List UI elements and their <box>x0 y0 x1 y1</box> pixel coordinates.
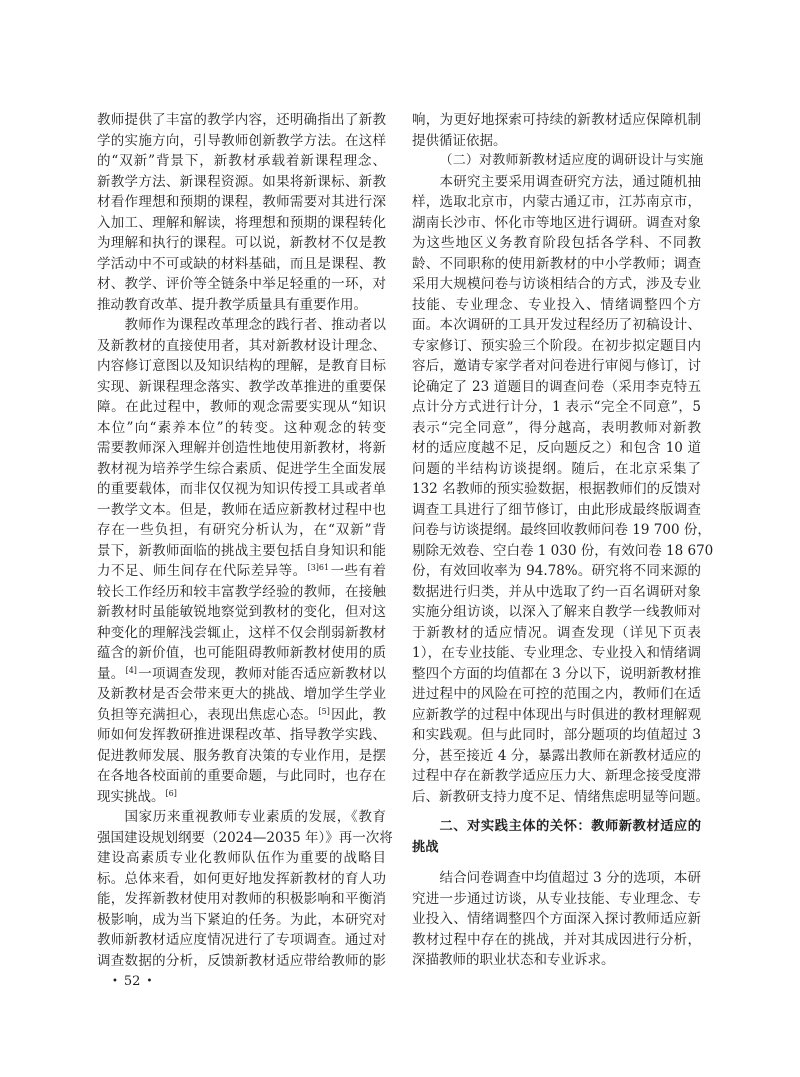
text-line: 及新教材是否会带来更大的挑战、增加学生学业 <box>97 684 386 705</box>
text-line: 132 名教师的预实验数据，根据教师们的反馈对 <box>412 479 701 500</box>
text-line: 响，为更好地探索可持续的新教材适应保障机制 <box>412 110 701 131</box>
citation-reference: [5] <box>319 707 330 716</box>
text-line: 一教学文本。但是，教师在适应新教材过程中也 <box>97 500 386 521</box>
text-line: 过程中存在新教学适应压力大、新理念接受度滞 <box>412 766 701 787</box>
text-line: 及新教材的直接使用者，其对新教材设计理念、 <box>97 336 386 357</box>
text-line: 能，发挥新教材使用对教师的积极影响和平衡消 <box>97 889 386 910</box>
page-number-bullet: • <box>112 972 118 992</box>
page-number: •52• <box>106 972 158 992</box>
text-line: 现实挑战。[6] <box>97 787 386 808</box>
text-line: 专家修订、预实验三个阶段。在初步拟定题目内 <box>412 336 701 357</box>
text-line: 后、新教研支持力度不足、情绪焦虑明显等问题。 <box>412 787 701 808</box>
text-line: 标。总体来看，如何更好地发挥新教材的育人功 <box>97 869 386 890</box>
text-line: 问题的半结构访谈提纲。随后，在北京采集了 <box>412 459 701 480</box>
text-line: 提供循证依据。 <box>412 131 701 152</box>
text-segment: 因此，教 <box>331 707 386 723</box>
text-line: 采用大规模问卷与访谈相结合的方式，涉及专业 <box>412 274 701 295</box>
text-line: 蕴含的新价值，也可能阻碍教师新教材使用的质 <box>97 643 386 664</box>
text-line: 新教学方法、新课程资源。如果将新课标、新教 <box>97 172 386 193</box>
text-line: 容后，邀请专家学者对问卷进行审阅与修订，讨 <box>412 356 701 377</box>
text-line: 教师提供了丰富的教学内容，还明确指出了新教 <box>97 110 386 131</box>
text-line: 师如何发挥教研推进课程改革、指导教学实践、 <box>97 725 386 746</box>
text-line: 本研究主要采用调查研究方法，通过随机抽 <box>412 172 701 193</box>
text-line: 强国建设规划纲要（2024—2035 年）》再一次将 <box>97 828 386 849</box>
text-line: 实施分组访谈，以深入了解来自教学一线教师对 <box>412 602 701 623</box>
text-line: 分，甚至接近 4 分，暴露出教师在新教材适应的 <box>412 746 701 767</box>
text-line: 促进教师发展、服务教育决策的专业作用，是摆 <box>97 746 386 767</box>
page-number-bullet: • <box>146 972 152 992</box>
citation-reference: [6] <box>166 789 177 798</box>
text-line: 面。本次调研的工具开发过程经历了初稿设计、 <box>412 315 701 336</box>
text-line: 需要教师深入理解并创造性地使用新教材，将新 <box>97 438 386 459</box>
text-segment: 现实挑战。 <box>97 789 165 805</box>
text-line: 深描教师的职业状态和专业诉求。 <box>412 950 701 971</box>
text-line: 实现、新课程理念落实、教学改革推进的重要保 <box>97 377 386 398</box>
text-line: 建设高素质专业化教师队伍作为重要的战略目 <box>97 848 386 869</box>
text-segment: 量。 <box>97 666 125 682</box>
paragraph-continued: 响，为更好地探索可持续的新教材适应保障机制 提供循证依据。 <box>412 110 701 151</box>
text-line: 学活动中不可或缺的材料基础，而且是课程、教 <box>97 254 386 275</box>
text-line: 究进一步通过访谈，从专业技能、专业理念、专 <box>412 889 701 910</box>
text-line: 种变化的理解浅尝辄止，这样不仅会削弱新教材 <box>97 623 386 644</box>
text-line: 论确定了 23 道题目的调查问卷（采用李克特五 <box>412 377 701 398</box>
text-line: 本位”向“素养本位”的转变。这种观念的转变 <box>97 418 386 439</box>
text-line: 内容修订意图以及知识结构的理解，是教育目标 <box>97 356 386 377</box>
text-segment: 力不足、师生间存在代际差异等。 <box>97 563 307 579</box>
text-line: 入加工、理解和解读，将理想和预期的课程转化 <box>97 213 386 234</box>
text-line: 在各地各校面前的重要命题，与此同时，也存在 <box>97 766 386 787</box>
text-line: 和实践观。但与此同时，部分题项的均值超过 3 <box>412 725 701 746</box>
text-line: 点计分方式进行计分，1 表示“完全不同意”，5 <box>412 397 701 418</box>
text-line: 1），在专业技能、专业理念、专业投入和情绪调 <box>412 643 701 664</box>
paragraph: 教师作为课程改革理念的践行者、推动者以 及新教材的直接使用者，其对新教材设计理念… <box>97 315 386 807</box>
text-line: 样，选取北京市，内蒙古通辽市，江苏南京市， <box>412 192 701 213</box>
text-line: 整四个方面的均值都在 3 分以下，说明新教材推 <box>412 664 701 685</box>
text-line: 极影响，成为当下紧迫的任务。为此，本研究对 <box>97 910 386 931</box>
text-line: 的“双新”背景下，新教材承载着新课程理念、 <box>97 151 386 172</box>
text-line: 教材过程中存在的挑战，并对其成因进行分析， <box>412 930 701 951</box>
text-line: 教师新教材适应度情况进行了专项调查。通过对 <box>97 930 386 951</box>
citation-reference: [3]61 <box>308 563 330 572</box>
subsection-heading: （二）对教师新教材适应度的调研设计与实施 <box>412 151 701 172</box>
text-line: 调查数据的分析，反馈新教材适应带给教师的影 <box>97 951 386 972</box>
paragraph: 国家历来重视教师专业素质的发展，《教育 强国建设规划纲要（2024—2035 年… <box>97 807 386 971</box>
text-line: 学的实施方向，引导教师创新教学方法。在这样 <box>97 131 386 152</box>
paragraph: 本研究主要采用调查研究方法，通过随机抽 样，选取北京市，内蒙古通辽市，江苏南京市… <box>412 172 701 808</box>
text-line: 材、教学、评价等全链条中举足轻重的一环，对 <box>97 274 386 295</box>
text-line: 问卷与访谈提纲。最终回收教师问卷 19 700 份， <box>412 520 701 541</box>
text-line: 国家历来重视教师专业素质的发展，《教育 <box>97 807 386 828</box>
text-line: 表示“完全同意”，得分越高，表明教师对新教 <box>412 418 701 439</box>
section-heading: 二、对实践主体的关怀：教师新教材适应的 挑战 <box>412 817 701 858</box>
left-column: 教师提供了丰富的教学内容，还明确指出了新教 学的实施方向，引导教师创新教学方法。… <box>97 110 386 971</box>
text-line: 材的适应度越不足，反向题反之）和包含 10 道 <box>412 438 701 459</box>
right-column: 响，为更好地探索可持续的新教材适应保障机制 提供循证依据。 （二）对教师新教材适… <box>412 110 701 971</box>
citation-reference: [4] <box>126 666 137 675</box>
text-line: 量。[4]一项调查发现，教师对能否适应新教材以 <box>97 664 386 685</box>
section-heading-line: 挑战 <box>412 838 701 859</box>
text-line: 材看作理想和预期的课程，教师需要对其进行深 <box>97 192 386 213</box>
text-line: 技能、专业理念、专业投入、情绪调整四个方 <box>412 295 701 316</box>
text-line: 较长工作经历和较丰富教学经验的教师，在接触 <box>97 582 386 603</box>
text-line: 教师作为课程改革理念的践行者、推动者以 <box>97 315 386 336</box>
journal-page: 教师提供了丰富的教学内容，还明确指出了新教 学的实施方向，引导教师创新教学方法。… <box>0 0 800 1077</box>
text-line: 景下，新教师面临的挑战主要包括自身知识和能 <box>97 541 386 562</box>
paragraph: 结合问卷调查中均值超过 3 分的选项，本研 究进一步通过访谈，从专业技能、专业理… <box>412 868 701 971</box>
text-line: 的重要载体，而非仅仅视为知识传授工具或者单 <box>97 479 386 500</box>
text-line: 湖南长沙市、怀化市等地区进行调研。调查对象 <box>412 213 701 234</box>
text-line: 调查工具进行了细节修订，由此形成最终版调查 <box>412 500 701 521</box>
page-number-value: 52 <box>124 972 141 992</box>
text-line: 推动教育改革、提升教学质量具有重要作用。 <box>97 295 386 316</box>
text-line: 数据进行归类，并从中选取了约一百名调研对象 <box>412 582 701 603</box>
text-line: 应新教学的过程中体现出与时俱进的教材理解观 <box>412 705 701 726</box>
section-heading-line: 二、对实践主体的关怀：教师新教材适应的 <box>412 817 701 838</box>
text-line: 新教材时虽能敏锐地察觉到教材的变化，但对这 <box>97 602 386 623</box>
text-segment: 一些有着 <box>330 563 386 579</box>
text-line: 障。在此过程中，教师的观念需要实现从“知识 <box>97 397 386 418</box>
text-line: 为理解和执行的课程。可以说，新教材不仅是教 <box>97 233 386 254</box>
text-line: 龄、不同职称的使用新教材的中小学教师；调查 <box>412 254 701 275</box>
text-line: 结合问卷调查中均值超过 3 分的选项，本研 <box>412 868 701 889</box>
text-segment: 一项调查发现，教师对能否适应新教材以 <box>138 666 386 682</box>
text-line: 存在一些负担，有研究分析认为，在“双新”背 <box>97 520 386 541</box>
text-line: 于新教材的适应情况。调查发现（详见下页表 <box>412 623 701 644</box>
text-line: 业投入、情绪调整四个方面深入探讨教师适应新 <box>412 909 701 930</box>
text-line: 力不足、师生间存在代际差异等。[3]61一些有着 <box>97 561 386 582</box>
text-line: 份，有效回收率为 94.78%。研究将不同来源的 <box>412 561 701 582</box>
text-segment: 负担等充满担心，表现出焦虑心态。 <box>97 707 318 723</box>
text-line: 为这些地区义务教育阶段包括各学科、不同教 <box>412 233 701 254</box>
text-line: 教材视为培养学生综合素质、促进学生全面发展 <box>97 459 386 480</box>
text-line: 负担等充满担心，表现出焦虑心态。[5]因此，教 <box>97 705 386 726</box>
text-line: 进过程中的风险在可控的范围之内，教师们在适 <box>412 684 701 705</box>
paragraph-continued: 教师提供了丰富的教学内容，还明确指出了新教 学的实施方向，引导教师创新教学方法。… <box>97 110 386 315</box>
text-line: 剔除无效卷、空白卷 1 030 份，有效问卷 18 670 <box>412 541 701 562</box>
